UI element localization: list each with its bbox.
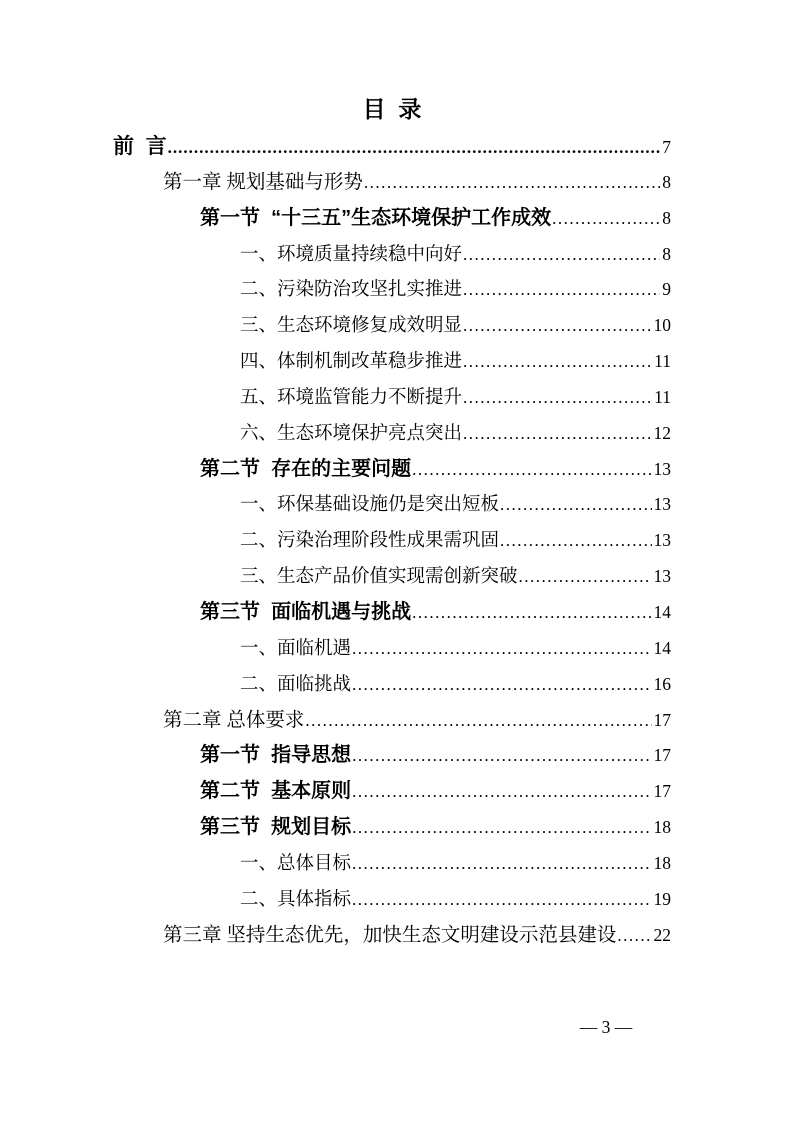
toc-entry-label: 二、面临挑战 [240,668,351,703]
toc-entry-page-number: 19 [654,882,672,918]
dot-leader [305,703,651,739]
dot-leader [352,810,651,846]
toc-entry: 二、面临挑战 16 [113,667,671,703]
toc-entry-label: 三、生态环境修复成效明显 [240,309,462,344]
toc-entry: 第一节 “十三五”生态环境保护工作成效 8 [113,201,671,237]
toc-entry-label: 一、总体目标 [240,847,351,882]
toc-entry-page-number: 8 [662,165,671,201]
toc-entry: 第三节 面临机遇与挑战 14 [113,595,671,631]
toc-entry-page-number: 17 [654,774,672,810]
dot-leader [352,774,651,810]
toc-entry: 一、环境质量持续稳中向好 8 [113,237,671,273]
dot-leader [168,130,661,165]
page-title: 目 录 [113,94,671,124]
toc-entry-page-number: 12 [654,416,672,452]
toc-entry: 二、污染防治攻坚扎实推进 9 [113,272,671,308]
toc-entry: 第一节 指导思想 17 [113,738,671,774]
toc-entry: 第二节 基本原则 17 [113,774,671,810]
toc-entry-page-number: 18 [654,810,672,846]
toc-entry: 前 言 7 [113,129,671,165]
toc-entry-label: 一、面临机遇 [240,632,351,667]
dot-leader [500,523,651,559]
toc-entry-label: 四、体制机制改革稳步推进 [240,345,462,380]
dot-leader [463,344,652,380]
toc-entry-label: 五、环境监管能力不断提升 [240,381,462,416]
toc-entry-label: 第二节 基本原则 [200,774,351,810]
toc-entry: 第二章 总体要求 17 [113,703,671,739]
dot-leader [364,165,660,201]
toc-entry-page-number: 13 [654,452,672,488]
dot-leader [352,631,651,667]
dot-leader [412,595,651,631]
toc-entry-page-number: 8 [662,237,671,273]
toc-entry: 第三章 坚持生态优先，加快生态文明建设示范县建设 22 [113,918,671,954]
toc-entry-page-number: 14 [654,595,672,631]
dot-leader [519,559,652,595]
toc-entry-label: 第三节 规划目标 [200,810,351,846]
toc-entry-page-number: 10 [654,308,672,344]
toc-entry-label: 前 言 [113,129,167,165]
toc-entry-label: 二、具体指标 [240,883,351,918]
toc-entry-label: 第三节 面临机遇与挑战 [200,595,411,631]
toc-entry: 六、生态环境保护亮点突出 12 [113,416,671,452]
toc-entry: 一、面临机遇 14 [113,631,671,667]
toc-entry-page-number: 13 [654,559,672,595]
dot-leader [352,882,651,918]
toc-entry-label: 六、生态环境保护亮点突出 [240,417,462,452]
toc-entry-page-number: 11 [654,344,671,380]
toc-entry-page-number: 14 [654,631,672,667]
toc-entry: 二、具体指标 19 [113,882,671,918]
toc-entry: 第三节 规划目标 18 [113,810,671,846]
dot-leader [463,237,660,273]
toc-entry: 第二节 存在的主要问题 13 [113,452,671,488]
dot-leader [500,487,651,523]
toc-entry-page-number: 13 [654,487,672,523]
toc-entry-page-number: 13 [654,523,672,559]
dot-leader [352,667,651,703]
toc-entry-label: 第一章 规划基础与形势 [163,165,363,201]
toc-entry: 第一章 规划基础与形势 8 [113,165,671,201]
toc-entry-label: 二、污染防治攻坚扎实推进 [240,273,462,308]
toc-entry-label: 第一节 “十三五”生态环境保护工作成效 [200,201,551,237]
toc-entry: 三、生态产品价值实现需创新突破 13 [113,559,671,595]
dot-leader [463,272,660,308]
toc-entry-page-number: 7 [662,130,671,165]
toc-entry-page-number: 22 [654,918,672,954]
toc-entry-page-number: 11 [654,380,671,416]
dot-leader [463,380,652,416]
toc-entry: 五、环境监管能力不断提升 11 [113,380,671,416]
toc-entry: 四、体制机制改革稳步推进 11 [113,344,671,380]
dot-leader [352,738,651,774]
toc-entry-page-number: 17 [654,703,672,739]
toc-entry-label: 三、生态产品价值实现需创新突破 [240,560,518,595]
footer-page-number: — 3 — [540,1013,672,1041]
toc-entry-page-number: 8 [662,201,671,237]
toc-entry-label: 一、环境质量持续稳中向好 [240,238,462,273]
toc-entry-page-number: 16 [654,667,672,703]
toc-entry: 一、总体目标 18 [113,846,671,882]
document-page: 目 录 前 言 7 第一章 规划基础与形势 8 第一节 “十三五”生态环境保护工… [0,0,793,1122]
toc-entry-label: 第三章 坚持生态优先，加快生态文明建设示范县建设 [163,918,616,954]
toc-entry-label: 第二节 存在的主要问题 [200,452,411,488]
toc-entry-label: 二、污染治理阶段性成果需巩固 [240,524,499,559]
toc-entry-label: 一、环保基础设施仍是突出短板 [240,488,499,523]
toc-entry-page-number: 17 [654,738,672,774]
dot-leader [552,201,660,237]
dot-leader [463,416,651,452]
toc-entry-page-number: 18 [654,846,672,882]
dot-leader [412,452,651,488]
toc-list: 前 言 7 第一章 规划基础与形势 8 第一节 “十三五”生态环境保护工作成效 … [113,129,671,953]
toc-entry-page-number: 9 [662,272,671,308]
toc-entry: 三、生态环境修复成效明显 10 [113,308,671,344]
toc-entry-label: 第一节 指导思想 [200,738,351,774]
dot-leader [352,846,651,882]
toc-entry: 二、污染治理阶段性成果需巩固 13 [113,523,671,559]
dot-leader [617,918,651,954]
dot-leader [463,308,651,344]
toc-entry: 一、环保基础设施仍是突出短板 13 [113,487,671,523]
toc-entry-label: 第二章 总体要求 [163,703,304,739]
